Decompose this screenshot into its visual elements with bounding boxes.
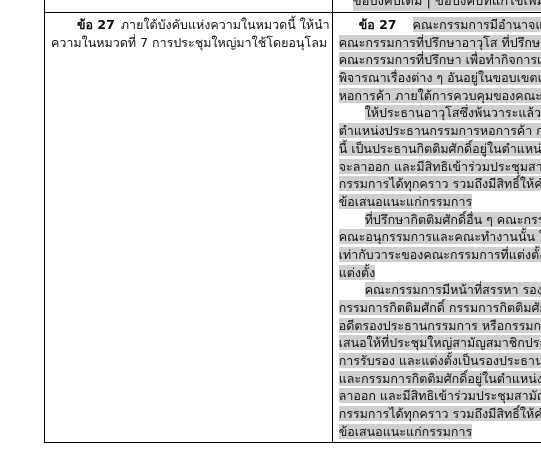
- text-line: จะลาออก และมีสิทธิเข้าร่วมประชุมสามัญสมา…: [339, 158, 541, 176]
- header-row: ข้อบังคับเดิม | ข้อบังคับที่แก้ไขเพิ่มเต…: [45, 0, 541, 13]
- text-line: ข้อเสนอแนะแก่กรรมการ: [339, 193, 541, 211]
- text-line: ตำแหน่งประธานกรรมการหอการค้า ก่อนหน้าวัน…: [339, 122, 541, 140]
- highlighted-text: กรรมการได้ทุกคราว รวมถึงมีสิทธิ์ให้คำแนะ…: [339, 176, 541, 191]
- highlighted-text: หอการค้า ภายใต้การควบคุมของคณะกรรมการ: [339, 88, 541, 103]
- text-line: ข้อเสนอแนะแก่กรรมการ: [339, 423, 541, 441]
- text-line: หอการค้า ภายใต้การควบคุมของคณะกรรมการ: [339, 87, 541, 105]
- header-right-cell: ข้อบังคับเดิม | ข้อบังคับที่แก้ไขเพิ่มเต…: [332, 0, 541, 13]
- clause-number: ข้อ 27: [359, 17, 397, 32]
- highlighted-text: จะลาออก และมีสิทธิเข้าร่วมประชุมสามัญสมา…: [339, 159, 541, 174]
- highlighted-text: ข้อเสนอแนะแก่กรรมการ: [339, 194, 472, 209]
- text-line: ให้ประธานอาวุโสซึ่งพ้นวาระแล้ว และผู้ที่…: [339, 104, 541, 122]
- highlighted-text: การรับรอง และแต่งตั้งเป็นรองประธานกรรมกา…: [339, 353, 541, 368]
- highlighted-text: นี้ เป็นประธานกิตติมศักดิ์อยู่ในตำแหน่งไ…: [339, 141, 541, 156]
- highlighted-text: กรรมการได้ทุกคราว รวมถึงมีสิทธิ์ให้คำแนะ…: [339, 406, 541, 421]
- text-line: ความในหมวดที่ 7 การประชุมใหญ่มาใช้โดยอนุ…: [51, 34, 330, 52]
- text-line: ลาออก และมีสิทธิเข้าร่วมประชุมสามัญสมาชิ…: [339, 387, 541, 405]
- highlighted-text: เสนอให้ที่ประชุมใหญ่สามัญสมาชิกประจำปีได…: [339, 335, 541, 350]
- plain-text: ความในหมวดที่ 7 การประชุมใหญ่มาใช้โดยอนุ…: [51, 35, 327, 50]
- clause-row: ข้อ 27ภายใต้บังคับแห่งความในหมวดนี้ ให้น…: [45, 13, 541, 443]
- clipped-header-text: ข้อบังคับเดิม | ข้อบังคับที่แก้ไขเพิ่มเต…: [333, 0, 541, 12]
- text-line: เสนอให้ที่ประชุมใหญ่สามัญสมาชิกประจำปีได…: [339, 334, 541, 352]
- highlighted-text: คณะกรรมการมีหน้าที่สรรหา รองประธาน: [365, 282, 541, 297]
- highlighted-text: คณะกรรมการมีอำนาจแต่งตั้ง: [413, 17, 541, 32]
- highlighted-text: และกรรมการกิตติมศักดิ์อยู่ในตำแหน่งตลอดไ…: [339, 371, 541, 386]
- text-line: คณะกรรมการที่ปรึกษาอาวุโส ที่ปรึกษากิตติ…: [339, 34, 541, 52]
- text-line: คณะอนุกรรมการและคณะทำงานนั้น ให้อยู่ในตำ…: [339, 228, 541, 246]
- highlighted-text: กรรมการกิตติมศักดิ์ กรรมการกิตติมศักดิ์ …: [339, 300, 541, 315]
- highlighted-text: อดีตรองประธานกรรมการ หรือกรรมการหอการค้า…: [339, 318, 541, 333]
- new-clause-text-selected: ข้อ 27คณะกรรมการมีอำนาจแต่งตั้งคณะกรรมกา…: [333, 13, 541, 441]
- highlighted-text: ให้ประธานอาวุโสซึ่งพ้นวาระแล้ว และผู้ที่…: [365, 105, 541, 120]
- highlighted-text: คณะอนุกรรมการและคณะทำงานนั้น ให้อยู่ในตำ…: [339, 229, 541, 244]
- plain-text: ภายใต้บังคับแห่งความในหมวดนี้ ให้นำ: [121, 17, 330, 32]
- new-clause-cell: ข้อ 27คณะกรรมการมีอำนาจแต่งตั้งคณะกรรมกา…: [332, 13, 541, 443]
- old-clause-text: ข้อ 27ภายใต้บังคับแห่งความในหมวดนี้ ให้น…: [45, 13, 332, 51]
- text-line: ข้อ 27คณะกรรมการมีอำนาจแต่งตั้ง: [339, 16, 541, 34]
- text-line: แต่งตั้ง: [339, 264, 541, 282]
- bylaws-comparison-table: ข้อบังคับเดิม | ข้อบังคับที่แก้ไขเพิ่มเต…: [44, 0, 541, 443]
- text-line: กรรมการได้ทุกคราว รวมถึงมีสิทธิ์ให้คำแนะ…: [339, 175, 541, 193]
- header-left-cell: [45, 0, 333, 13]
- text-line: ข้อ 27ภายใต้บังคับแห่งความในหมวดนี้ ให้น…: [51, 16, 330, 34]
- text-line: กรรมการได้ทุกคราว รวมถึงมีสิทธิ์ให้คำแนะ…: [339, 405, 541, 423]
- clause-number: ข้อ 27: [77, 17, 115, 32]
- highlighted-text: พิจารณาเรื่องต่าง ๆ อันอยู่ในขอบเขตแห่งห…: [339, 70, 541, 85]
- highlighted-text: คณะกรรมการที่ปรึกษา เพื่อทำกิจการเฉพาะอย…: [339, 52, 541, 67]
- highlighted-text: แต่งตั้ง: [339, 265, 376, 280]
- text-line: อดีตรองประธานกรรมการ หรือกรรมการหอการค้า…: [339, 317, 541, 335]
- text-line: เท่ากับวาระของคณะกรรมการที่แต่งตั้ง เว้น…: [339, 246, 541, 264]
- text-line: กรรมการกิตติมศักดิ์ กรรมการกิตติมศักดิ์ …: [339, 299, 541, 317]
- clipped-header-fragment: ข้อบังคับเดิม | ข้อบังคับที่แก้ไขเพิ่มเต…: [353, 0, 541, 11]
- text-line: นี้ เป็นประธานกิตติมศักดิ์อยู่ในตำแหน่งไ…: [339, 140, 541, 158]
- text-line: และกรรมการกิตติมศักดิ์อยู่ในตำแหน่งตลอดไ…: [339, 370, 541, 388]
- text-line: พิจารณาเรื่องต่าง ๆ อันอยู่ในขอบเขตแห่งห…: [339, 69, 541, 87]
- highlighted-text: เท่ากับวาระของคณะกรรมการที่แต่งตั้ง เว้น…: [339, 247, 541, 262]
- highlighted-text: ที่ปรึกษากิตติมศักดิ์อื่น ๆ คณะกรรมการที…: [365, 212, 541, 227]
- highlighted-text: ตำแหน่งประธานกรรมการหอการค้า ก่อนหน้าวัน…: [339, 123, 541, 138]
- document-page: ข้อบังคับเดิม | ข้อบังคับที่แก้ไขเพิ่มเต…: [0, 0, 541, 459]
- text-line: คณะกรรมการมีหน้าที่สรรหา รองประธาน: [339, 281, 541, 299]
- text-line: คณะกรรมการที่ปรึกษา เพื่อทำกิจการเฉพาะอย…: [339, 51, 541, 69]
- highlighted-text: ลาออก และมีสิทธิเข้าร่วมประชุมสามัญสมาชิ…: [339, 388, 541, 403]
- highlighted-text: คณะกรรมการที่ปรึกษาอาวุโส ที่ปรึกษากิตติ…: [339, 35, 541, 50]
- text-line: ที่ปรึกษากิตติมศักดิ์อื่น ๆ คณะกรรมการที…: [339, 211, 541, 229]
- text-line: การรับรอง และแต่งตั้งเป็นรองประธานกรรมกา…: [339, 352, 541, 370]
- highlighted-text: ข้อเสนอแนะแก่กรรมการ: [339, 424, 472, 439]
- old-clause-cell: ข้อ 27ภายใต้บังคับแห่งความในหมวดนี้ ให้น…: [45, 13, 333, 443]
